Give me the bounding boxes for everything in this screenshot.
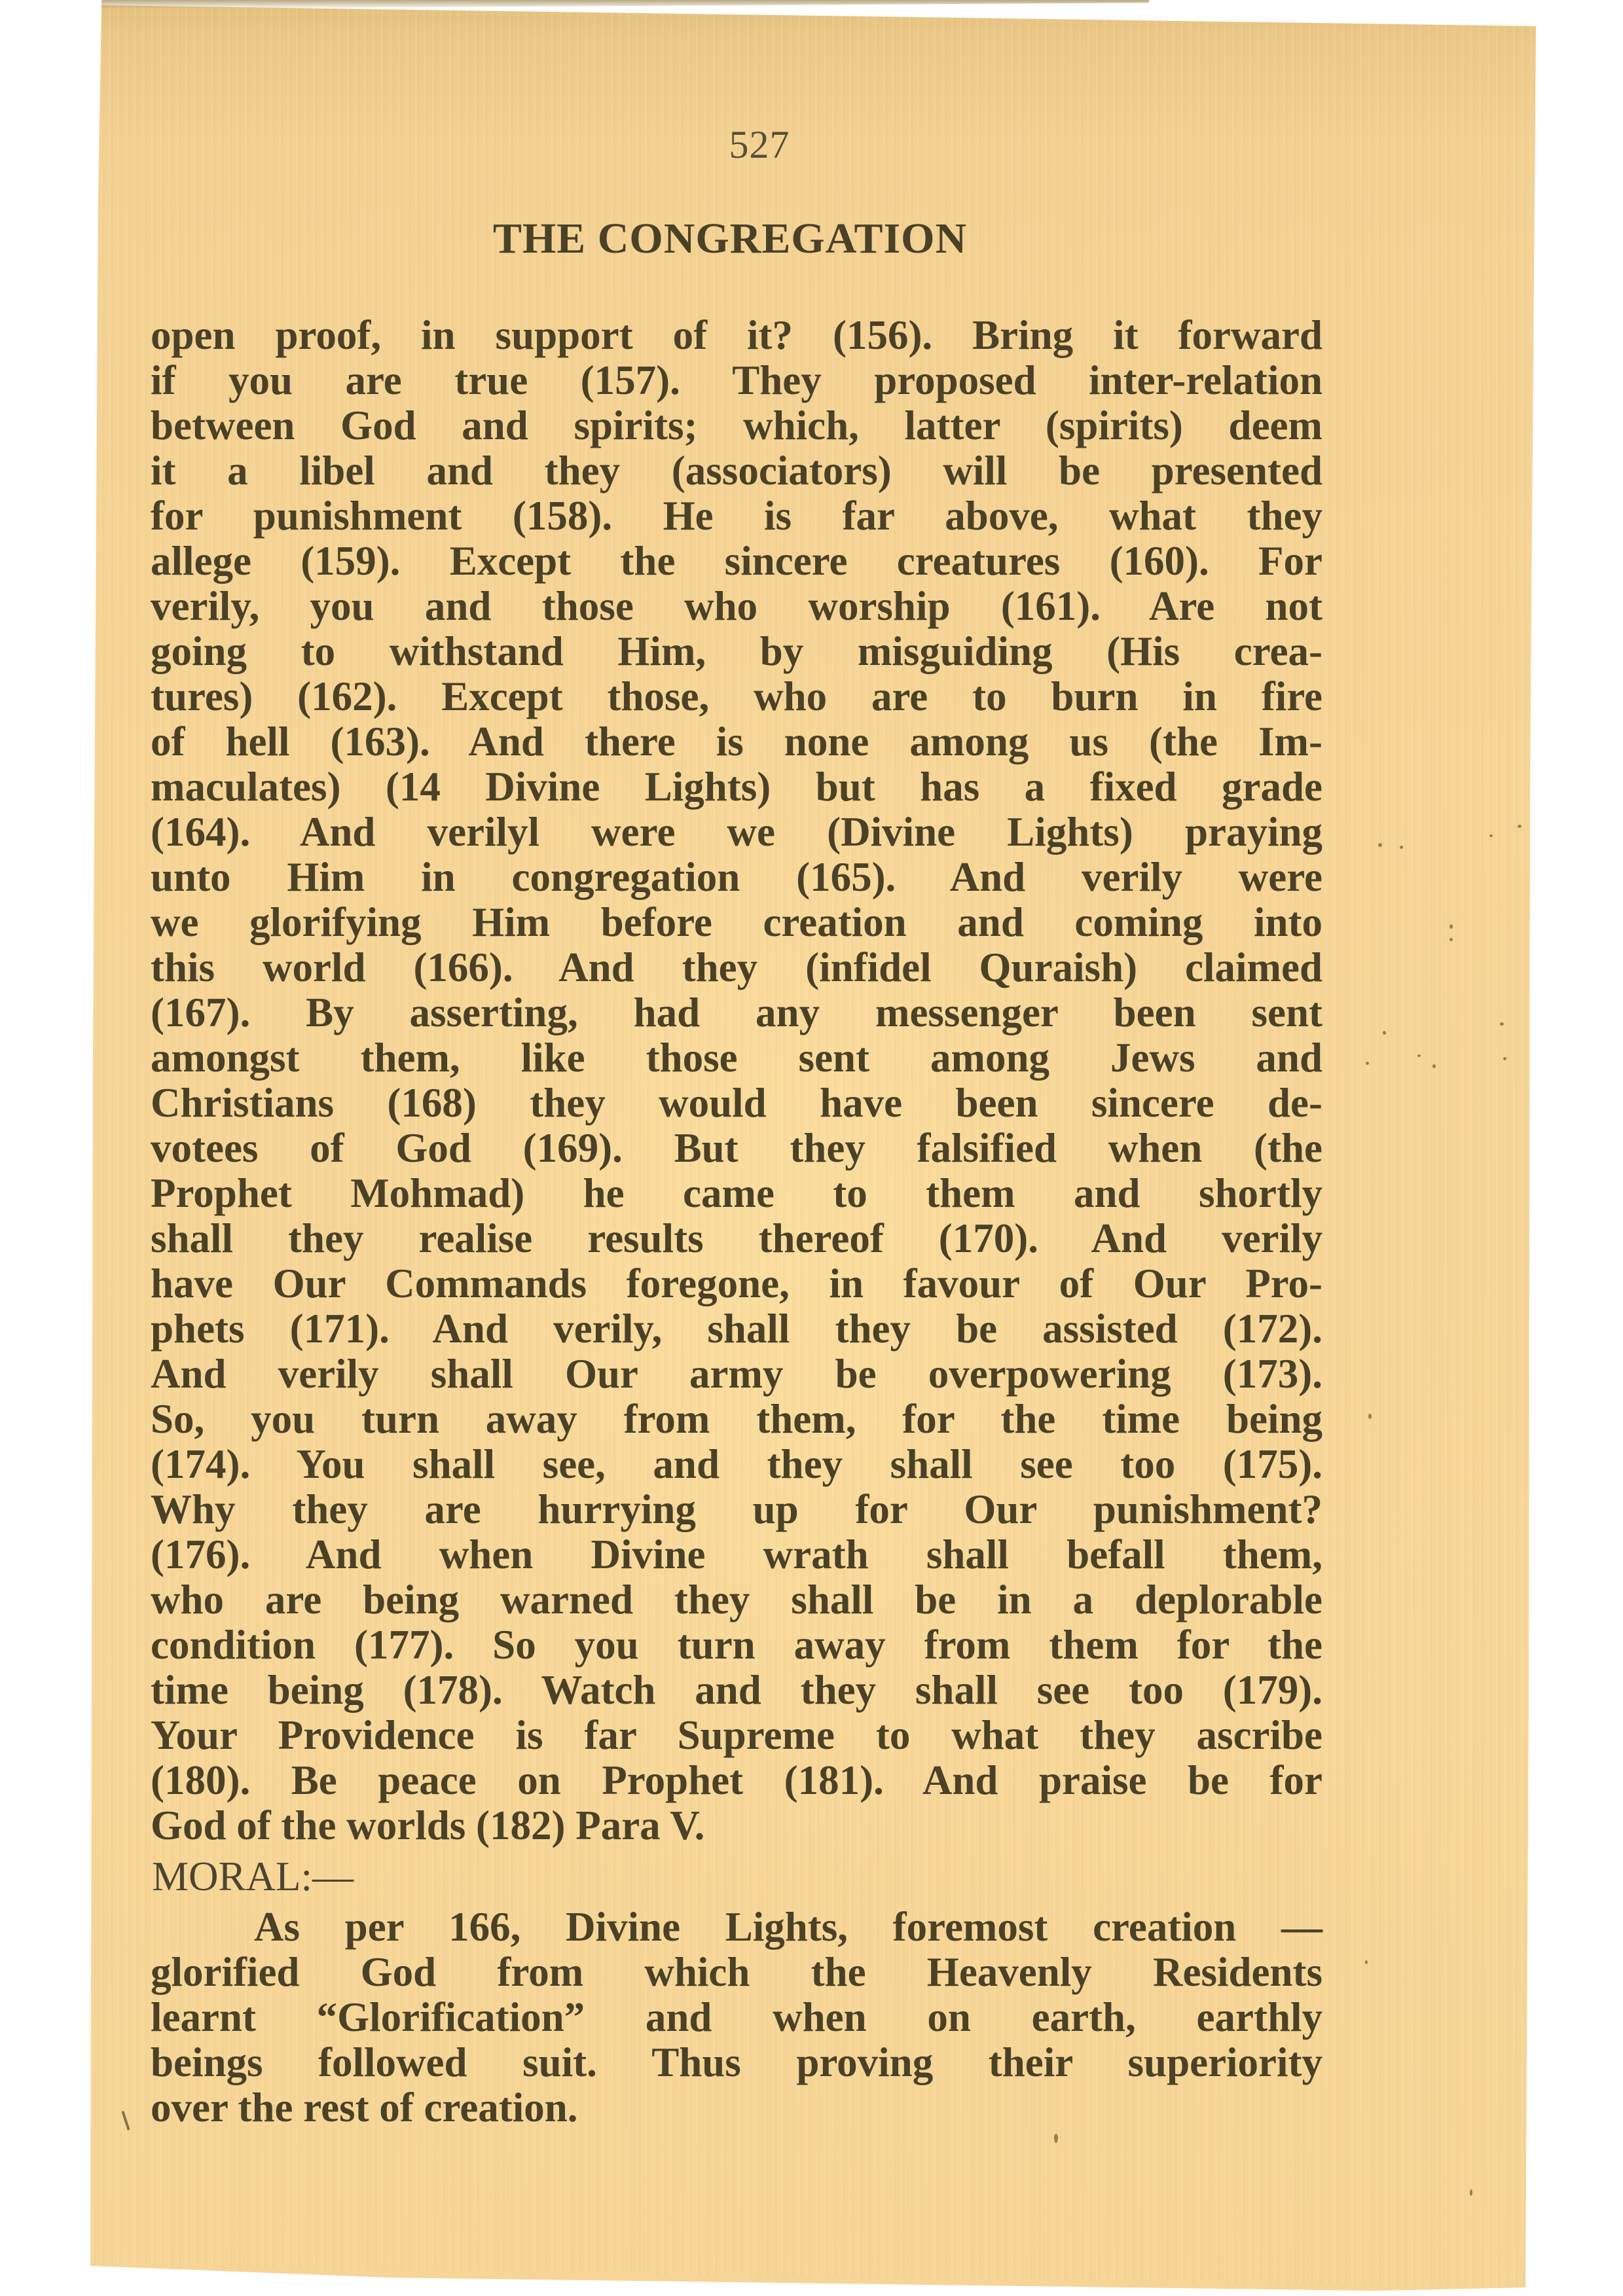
page-top-edge-shadow xyxy=(101,0,1149,9)
body-text-line: (167). By asserting, had any messenger b… xyxy=(151,990,1322,1035)
body-text-line: Your Providence is far Supreme to what t… xyxy=(151,1713,1322,1758)
body-text-line: for punishment (158). He is far above, w… xyxy=(151,493,1322,539)
body-text-line: have Our Commands foregone, in favour of… xyxy=(151,1261,1322,1306)
scan-speck xyxy=(1400,846,1403,849)
scan-speck xyxy=(1417,1054,1421,1057)
body-text-line: shall they realise results thereof (170)… xyxy=(151,1216,1322,1261)
moral-text-line: over the rest of creation. xyxy=(151,2085,1322,2130)
body-text-line: unto Him in congregation (165). And veri… xyxy=(151,855,1322,900)
body-text-line: time being (178). Watch and they shall s… xyxy=(151,1668,1322,1713)
moral-text-line: beings followed suit. Thus proving their… xyxy=(151,2040,1322,2085)
body-text-line: amongst them, like those sent among Jews… xyxy=(151,1035,1322,1081)
moral-text-line: glorified God from which the Heavenly Re… xyxy=(151,1950,1322,1995)
body-text-line: going to withstand Him, by misguiding (H… xyxy=(151,629,1322,674)
scan-speck xyxy=(1365,1960,1368,1964)
scan-speck xyxy=(1489,834,1493,837)
scan-speck xyxy=(1500,1022,1504,1026)
body-text-line: condition (177). So you turn away from t… xyxy=(151,1623,1322,1668)
body-text-line: who are being warned they shall be in a … xyxy=(151,1577,1322,1623)
body-text-line: Why they are hurrying up for Our punishm… xyxy=(151,1487,1322,1532)
body-text-line: open proof, in support of it? (156). Bri… xyxy=(151,313,1322,358)
body-text-line: tures) (162). Except those, who are to b… xyxy=(151,674,1322,719)
body-text-line: God of the worlds (182) Para V. xyxy=(151,1803,1322,1848)
moral-text-line: As per 166, Divine Lights, foremost crea… xyxy=(254,1905,1322,1950)
body-text-line: So, you turn away from them, for the tim… xyxy=(151,1397,1322,1442)
scan-speck xyxy=(1054,2134,1058,2143)
scan-speck xyxy=(1470,2189,1472,2196)
body-text-line: Christians (168) they would have been si… xyxy=(151,1081,1322,1126)
body-text-line: maculates) (14 Divine Lights) but has a … xyxy=(151,764,1322,810)
body-text-line: And verily shall Our army be overpowerin… xyxy=(151,1352,1322,1397)
moral-heading: MORAL:— xyxy=(152,1854,354,1899)
scan-speck xyxy=(1450,924,1453,929)
scan-speck xyxy=(1432,1064,1436,1068)
body-text-line: phets (171). And verily, shall they be a… xyxy=(151,1306,1322,1352)
body-text-line: it a libel and they (associators) will b… xyxy=(151,448,1322,493)
scan-speck xyxy=(1450,938,1453,941)
body-text-line: of hell (163). And there is none among u… xyxy=(151,719,1322,764)
body-text-line: (176). And when Divine wrath shall befal… xyxy=(151,1532,1322,1577)
body-text-line: Prophet Mohmad) he came to them and shor… xyxy=(151,1171,1322,1216)
body-text-line: votees of God (169). But they falsified … xyxy=(151,1126,1322,1171)
scan-speck xyxy=(1503,1057,1506,1060)
scan-speck xyxy=(1366,1062,1369,1065)
body-text-line: (180). Be peace on Prophet (181). And pr… xyxy=(151,1758,1322,1803)
body-text-line: between God and spirits; which, latter (… xyxy=(151,403,1322,448)
chapter-title: THE CONGREGATION xyxy=(393,216,1067,262)
body-text-line: we glorifying Him before creation and co… xyxy=(151,900,1322,945)
moral-text-line: learnt “Glorification” and when on earth… xyxy=(151,1995,1322,2040)
body-text-line: (174). You shall see, and they shall see… xyxy=(151,1442,1322,1487)
body-text-line: this world (166). And they (infidel Qura… xyxy=(151,945,1322,990)
scan-speck xyxy=(1378,843,1382,847)
body-text-line: if you are true (157). They proposed int… xyxy=(151,358,1322,403)
body-text-line: (164). And verilyl were we (Divine Light… xyxy=(151,810,1322,855)
scan-speck xyxy=(1518,825,1522,828)
body-text-line: allege (159). Except the sincere creatur… xyxy=(151,539,1322,584)
scan-speck xyxy=(1368,1414,1372,1419)
body-text-line: verily, you and those who worship (161).… xyxy=(151,584,1322,629)
scan-speck xyxy=(1383,1031,1386,1035)
page-number: 527 xyxy=(694,122,825,168)
